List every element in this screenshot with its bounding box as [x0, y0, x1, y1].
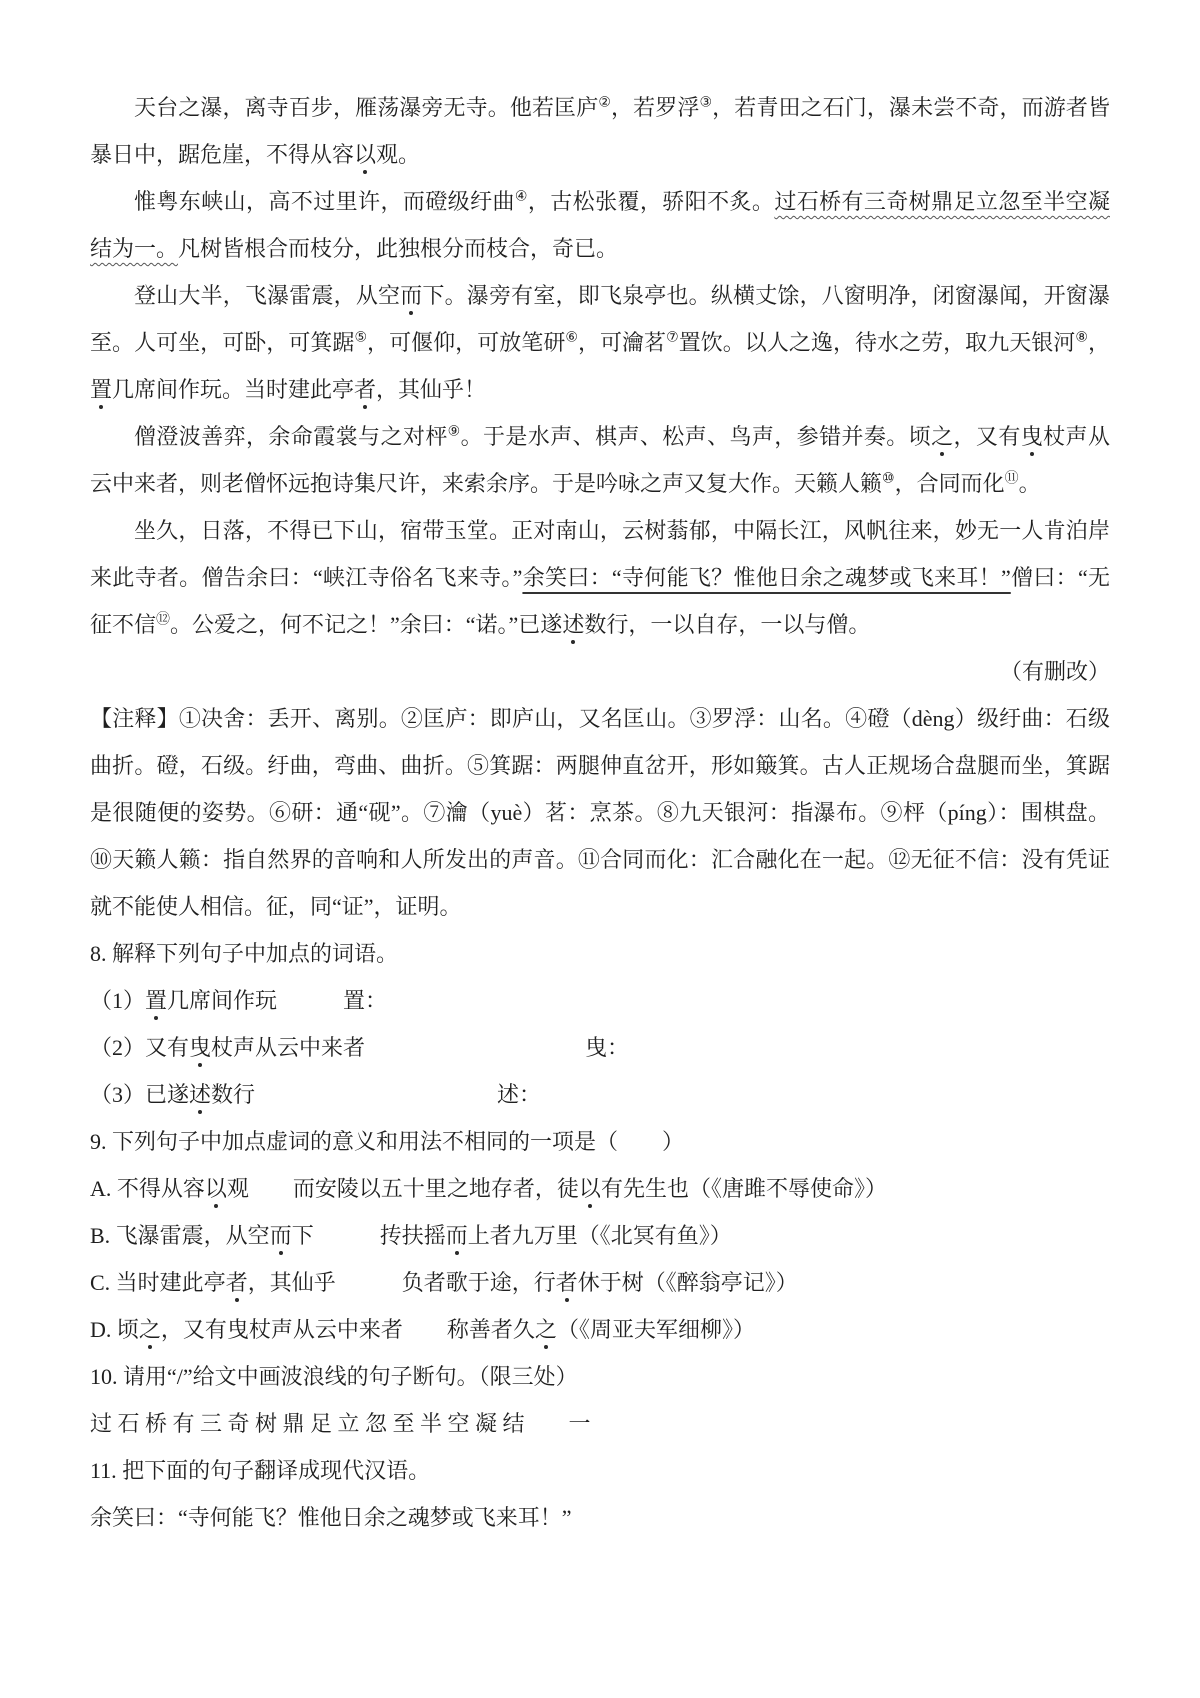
note-ref-superscript: ⑫	[156, 613, 170, 628]
note-ref-superscript: ⑨	[448, 425, 461, 440]
text-segment: 惟粤东峡山，高不过里许，而磴级纡曲	[134, 189, 515, 214]
text-segment: 天台之瀑，离寺百步，雁荡瀑旁无寺。他若匡庐	[134, 95, 598, 120]
text-segment: 观 而安陵以五十里之地存者，徒	[227, 1176, 579, 1201]
question-8-item-2: （2）又有曳杖声从云中来者 曳：	[90, 1024, 1110, 1071]
text-segment: 休于树（《醉翁亭记》）	[578, 1270, 798, 1295]
text-segment: （1）	[90, 988, 145, 1013]
note-ref-superscript: ⑩	[882, 472, 895, 487]
text-segment: A. 不得从容	[90, 1176, 205, 1201]
passage-paragraph-3: 登山大半，飞瀑雷震，从空而下。瀑旁有室，即飞泉亭也。纵横丈馀，八窗明净，闭窗瀑闻…	[90, 272, 1110, 413]
question-9-stem: 9. 下列句子中加点虚词的意义和用法不相同的一项是（ ）	[90, 1118, 1110, 1165]
emphasized-word: 曳	[1021, 424, 1043, 449]
note-ref-superscript: ⑪	[1005, 472, 1019, 487]
text-segment: ，古松张覆，骄阳不炙。	[528, 189, 774, 214]
text-segment: 有先生也（《唐雎不辱使命》）	[601, 1176, 887, 1201]
text-segment: 。公爱之，何不记之！”余曰：“诺。”已遂	[170, 612, 562, 637]
question-9-option-d: D. 顷之，又有曳杖声从云中来者 称善者久之（《周亚夫军细柳》）	[90, 1306, 1110, 1353]
text-segment: （3）已遂	[90, 1082, 189, 1107]
text-segment: ，又有	[954, 424, 1021, 449]
question-10: 10. 请用“/”给文中画波浪线的句子断句。（限三处） 过 石 桥 有 三 奇 …	[90, 1353, 1110, 1447]
question-8-stem: 8. 解释下列句子中加点的词语。	[90, 930, 1110, 977]
attribution-note: （有删改）	[90, 648, 1110, 695]
text-segment: ，	[1088, 330, 1110, 355]
passage-paragraph-2: 惟粤东峡山，高不过里许，而磴级纡曲④，古松张覆，骄阳不炙。过石桥有三奇树鼎足立忽…	[90, 178, 1110, 272]
text-segment: 上者九万里（《北冥有鱼》）	[468, 1223, 732, 1248]
note-ref-superscript: ⑥	[565, 331, 578, 346]
text-segment: 几席间作玩。当时建此亭	[112, 377, 354, 402]
text-segment: 凡树皆根合而枝分，此独根分而枝合，奇已。	[178, 236, 618, 261]
note-ref-superscript: ④	[515, 190, 528, 205]
text-segment: 。	[1019, 471, 1041, 496]
question-9-option-a: A. 不得从容以观 而安陵以五十里之地存者，徒以有先生也（《唐雎不辱使命》）	[90, 1165, 1110, 1212]
text-segment: 杖声从云中来者 曳：	[211, 1035, 629, 1060]
annotations-block: 【注释】①决舍：丢开、离别。②匡庐：即庐山，又名匡山。③罗浮：山名。④磴（dèn…	[90, 695, 1110, 930]
text-segment: 下 抟扶摇	[292, 1223, 446, 1248]
note-ref-superscript: ③	[699, 96, 712, 111]
text-segment: 。于是水声、棋声、松声、鸟声，参错并奏。顷	[461, 424, 931, 449]
text-segment: （2）又有	[90, 1035, 189, 1060]
note-ref-superscript: ②	[598, 96, 611, 111]
text-segment: 数行 述：	[211, 1082, 541, 1107]
note-ref-superscript: ⑤	[354, 331, 367, 346]
emphasized-word: 述	[562, 612, 584, 637]
text-segment: ，其仙乎 负者歌于途，行	[248, 1270, 556, 1295]
emphasized-word: 之	[931, 424, 953, 449]
emphasized-word: 而	[270, 1223, 292, 1248]
question-8-item-3: （3）已遂述数行 述：	[90, 1071, 1110, 1118]
text-segment: ，可偃仰，可放笔研	[367, 330, 565, 355]
text-segment: 置饮。以人之逸，待水之劳，取九天银河	[679, 330, 1076, 355]
text-segment: ，可瀹茗	[578, 330, 666, 355]
exam-page: 天台之瀑，离寺百步，雁荡瀑旁无寺。他若匡庐②，若罗浮③，若青田之石门，瀑未尝不奇…	[0, 0, 1200, 1698]
text-segment: B. 飞瀑雷震，从空	[90, 1223, 270, 1248]
passage-paragraph-5: 坐久，日落，不得已下山，宿带玉堂。正对南山，云树蓊郁，中隔长江，风帆往来，妙无一…	[90, 507, 1110, 648]
emphasized-word: 者	[226, 1270, 248, 1295]
text-segment: ，若罗浮	[611, 95, 699, 120]
question-11-stem: 11. 把下面的句子翻译成现代汉语。	[90, 1447, 1110, 1494]
question-10-sentence: 过 石 桥 有 三 奇 树 鼎 足 立 忽 至 半 空 凝 结 一	[90, 1400, 1110, 1447]
text-segment: D. 顷	[90, 1317, 139, 1342]
emphasized-word: 而	[446, 1223, 468, 1248]
note-ref-superscript: ⑦	[666, 331, 679, 346]
emphasized-word: 以	[205, 1176, 227, 1201]
passage-paragraph-1: 天台之瀑，离寺百步，雁荡瀑旁无寺。他若匡庐②，若罗浮③，若青田之石门，瀑未尝不奇…	[90, 84, 1110, 178]
emphasized-word: 置	[145, 988, 167, 1013]
text-segment: C. 当时建此亭	[90, 1270, 226, 1295]
emphasized-word: 之	[139, 1317, 161, 1342]
question-8-item-1: （1）置几席间作玩 置：	[90, 977, 1110, 1024]
text-segment: 几席间作玩 置：	[167, 988, 387, 1013]
emphasized-word: 者	[556, 1270, 578, 1295]
classical-passage: 天台之瀑，离寺百步，雁荡瀑旁无寺。他若匡庐②，若罗浮③，若青田之石门，瀑未尝不奇…	[90, 84, 1110, 695]
emphasized-word: 述	[189, 1082, 211, 1107]
text-segment: （《周亚夫军细柳》）	[557, 1317, 755, 1342]
text-segment: ，合同而化	[895, 471, 1005, 496]
emphasized-word: 置	[90, 377, 112, 402]
question-8: 8. 解释下列句子中加点的词语。 （1）置几席间作玩 置： （2）又有曳杖声从云…	[90, 930, 1110, 1118]
question-10-stem: 10. 请用“/”给文中画波浪线的句子断句。（限三处）	[90, 1353, 1110, 1400]
text-segment: ，其仙乎！	[376, 377, 486, 402]
emphasized-word: 而	[400, 283, 422, 308]
question-9-option-b: B. 飞瀑雷震，从空而下 抟扶摇而上者九万里（《北冥有鱼》）	[90, 1212, 1110, 1259]
emphasized-word: 者	[354, 377, 376, 402]
text-segment: 数行，一以自存，一以与僧。	[584, 612, 870, 637]
underlined-text: 余笑曰：“寺何能飞？惟他日余之魂梦或飞来耳！”	[522, 565, 1010, 590]
emphasized-word: 以	[354, 142, 376, 167]
question-11-sentence: 余笑曰：“寺何能飞？惟他日余之魂梦或飞来耳！”	[90, 1494, 1110, 1541]
passage-paragraph-4: 僧澄波善弈，余命霞裳与之对枰⑨。于是水声、棋声、松声、鸟声，参错并奏。顷之，又有…	[90, 413, 1110, 507]
text-segment: 登山大半，飞瀑雷震，从空	[134, 283, 400, 308]
note-ref-superscript: ⑧	[1075, 331, 1088, 346]
emphasized-word: 以	[579, 1176, 601, 1201]
question-11: 11. 把下面的句子翻译成现代汉语。 余笑曰：“寺何能飞？惟他日余之魂梦或飞来耳…	[90, 1447, 1110, 1541]
emphasized-word: 之	[535, 1317, 557, 1342]
emphasized-word: 曳	[189, 1035, 211, 1060]
text-segment: 僧澄波善弈，余命霞裳与之对枰	[134, 424, 448, 449]
text-segment: ，又有曳杖声从云中来者 称善者久	[161, 1317, 535, 1342]
text-segment: 观。	[376, 142, 420, 167]
question-9-option-c: C. 当时建此亭者，其仙乎 负者歌于途，行者休于树（《醉翁亭记》）	[90, 1259, 1110, 1306]
question-9: 9. 下列句子中加点虚词的意义和用法不相同的一项是（ ） A. 不得从容以观 而…	[90, 1118, 1110, 1353]
